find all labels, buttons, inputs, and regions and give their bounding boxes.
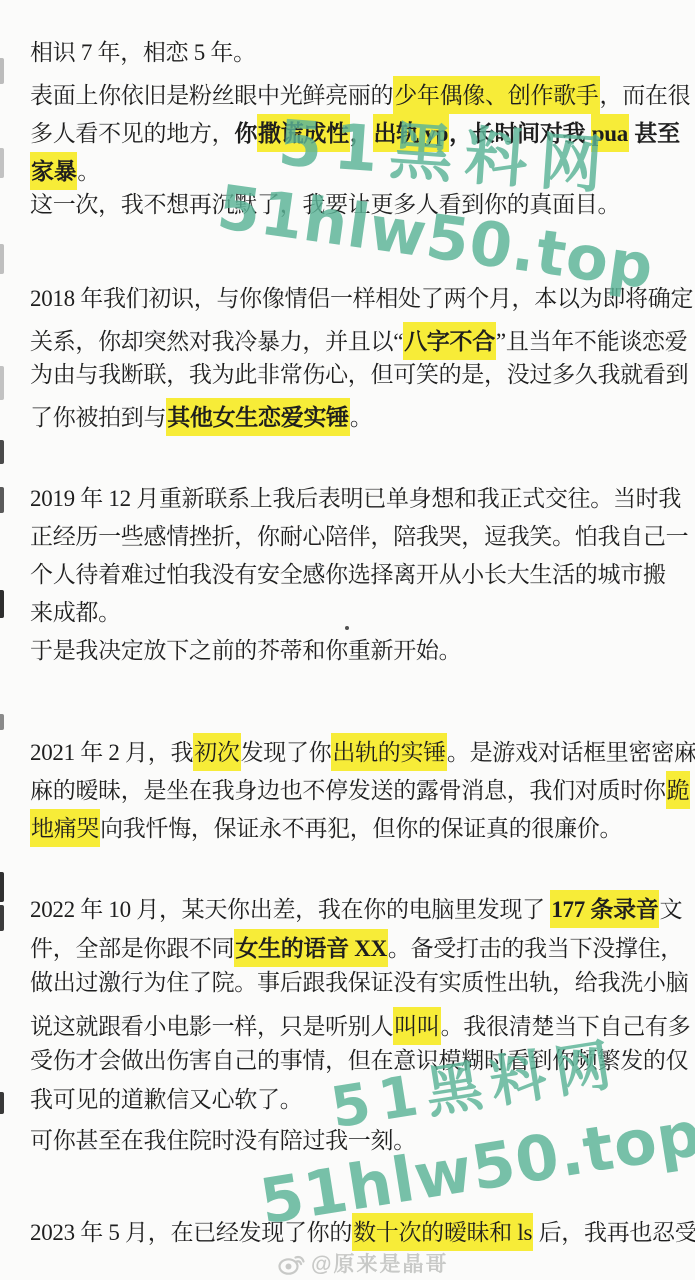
edge-artifact xyxy=(0,148,4,178)
body-text: 表面上你依旧是粉丝眼中光鲜亮丽的 xyxy=(30,81,393,111)
text-line-year-2022: 2022 年 10 月，某天你出差，我在你的电脑里发现了 177 条录音文 xyxy=(30,890,682,928)
text-line-year-2022: 我可见的道歉信又心软了。 xyxy=(30,1085,302,1115)
body-text: 说这就跟看小电影一样，只是听别人 xyxy=(30,1012,393,1042)
text-line-intro: 相识 7 年，相恋 5 年。 xyxy=(30,38,256,68)
body-text: 关系，你却突然对我冷暴力，并且以“ xyxy=(30,327,403,357)
text-line-year-2019: 来成都。 xyxy=(30,598,121,628)
text-line-year-2019: 于是我决定放下之前的芥蒂和你重新开始。 xyxy=(30,636,461,666)
body-text: 为由与我断联，我为此非常伤心，但可笑的是，没过多久我就看到 xyxy=(30,360,688,390)
body-text: 我可见的道歉信又心软了。 xyxy=(30,1085,302,1115)
body-text: 2021 年 2 月，我 xyxy=(30,738,193,768)
highlighted-text: 初次 xyxy=(193,733,240,771)
text-line-year-2019: 正经历一些感情挫折，你耐心陪伴，陪我哭，逗我笑。怕我自己一 xyxy=(30,522,688,552)
body-text: 。备受打击的我当下没撑住， xyxy=(388,934,683,964)
highlighted-text: 女生的语音 XX xyxy=(234,929,388,967)
edge-artifact xyxy=(0,487,4,513)
body-text: 向我忏悔，保证永不再犯，但你的保证真的很廉价。 xyxy=(100,814,622,844)
body-text: 2022 年 10 月，某天你出差，我在你的电脑里发现了 xyxy=(30,895,550,925)
highlighted-text: 八字不合 xyxy=(403,322,496,360)
edge-artifact xyxy=(0,872,4,902)
text-line-year-2019: 2019 年 12 月重新联系上我后表明已单身想和我正式交往。当时我 xyxy=(30,484,681,514)
weibo-credit: @原来是晶哥 xyxy=(277,1248,448,1278)
body-text: 你 xyxy=(234,119,257,149)
highlighted-text: 地痛哭 xyxy=(30,809,100,847)
highlighted-text: 跪 xyxy=(666,771,691,809)
highlighted-text: 其他女生恋爱实锤 xyxy=(166,398,350,436)
text-line-year-2021: 2021 年 2 月，我初次发现了你出轨的实锤。是游戏对话框里密密麻 xyxy=(30,733,695,771)
body-text: 2019 年 12 月重新联系上我后表明已单身想和我正式交往。当时我 xyxy=(30,484,681,514)
text-line-intro: 家暴。 xyxy=(30,152,100,190)
text-line-year-2018: 了你被拍到与其他女生恋爱实锤。 xyxy=(30,398,373,436)
weibo-icon xyxy=(277,1251,307,1276)
body-text: 件，全部是你跟不同 xyxy=(30,934,234,964)
body-text: 。我很清楚当下自己有多 xyxy=(441,1012,691,1042)
body-text: ，而在很 xyxy=(600,81,691,111)
body-text: 后，我再也忍受 xyxy=(533,1218,695,1248)
text-line-year-2022: 件，全部是你跟不同女生的语音 XX。备受打击的我当下没撑住， xyxy=(30,929,683,967)
highlighted-text: 出轨的实锤 xyxy=(331,733,447,771)
edge-artifact xyxy=(0,1092,4,1114)
body-text: 麻的暧昧，是坐在我身边也不停发送的露骨消息，我们对质时你 xyxy=(30,776,666,806)
body-text: 做出过激行为住了院。事后跟我保证没有实质性出轨，给我洗小脑 xyxy=(30,968,688,998)
body-text: 发现了你 xyxy=(241,738,332,768)
highlighted-text: 少年偶像、创作歌手 xyxy=(393,76,599,114)
text-line-year-2021: 麻的暧昧，是坐在我身边也不停发送的露骨消息，我们对质时你跪 xyxy=(30,771,690,809)
body-text: 了你被拍到与 xyxy=(30,403,166,433)
text-line-year-2022: 做出过激行为住了院。事后跟我保证没有实质性出轨，给我洗小脑 xyxy=(30,968,688,998)
edge-artifact xyxy=(0,905,4,931)
text-line-year-2019: 个人待着难过怕我没有安全感你选择离开从小长大生活的城市搬 xyxy=(30,560,666,590)
body-text: 。 xyxy=(350,403,373,433)
edge-artifact xyxy=(0,244,4,274)
body-text: 甚至 xyxy=(629,119,680,149)
edge-artifact xyxy=(0,440,4,464)
body-text: 。 xyxy=(77,157,100,187)
dot-artifact xyxy=(345,626,349,630)
body-text: 多人看不见的地方， xyxy=(30,119,234,149)
edge-artifact xyxy=(0,590,4,618)
edge-artifact xyxy=(0,58,4,84)
body-text: 正经历一些感情挫折，你耐心陪伴，陪我哭，逗我笑。怕我自己一 xyxy=(30,522,688,552)
body-text: 文 xyxy=(659,895,682,925)
weibo-handle: @原来是晶哥 xyxy=(311,1248,448,1278)
text-line-intro: 表面上你依旧是粉丝眼中光鲜亮丽的少年偶像、创作歌手，而在很 xyxy=(30,76,690,114)
highlighted-text: 177 条录音 xyxy=(550,890,659,928)
body-text: 相识 7 年，相恋 5 年。 xyxy=(30,38,256,68)
highlighted-text: 叫叫 xyxy=(393,1007,440,1045)
body-text: 来成都。 xyxy=(30,598,121,628)
body-text: 于是我决定放下之前的芥蒂和你重新开始。 xyxy=(30,636,461,666)
text-line-year-2021: 地痛哭向我忏悔，保证永不再犯，但你的保证真的很廉价。 xyxy=(30,809,622,847)
body-text: ”且当年不能谈恋爱 xyxy=(496,327,688,357)
edge-artifact xyxy=(0,366,4,400)
highlighted-text: 家暴 xyxy=(30,152,77,190)
text-line-year-2018: 关系，你却突然对我冷暴力，并且以“八字不合”且当年不能谈恋爱 xyxy=(30,322,687,360)
edge-artifact xyxy=(0,714,4,730)
body-text: 。是游戏对话框里密密麻 xyxy=(447,738,695,768)
text-line-year-2018: 为由与我断联，我为此非常伤心，但可笑的是，没过多久我就看到 xyxy=(30,360,688,390)
body-text: 个人待着难过怕我没有安全感你选择离开从小长大生活的城市搬 xyxy=(30,560,666,590)
